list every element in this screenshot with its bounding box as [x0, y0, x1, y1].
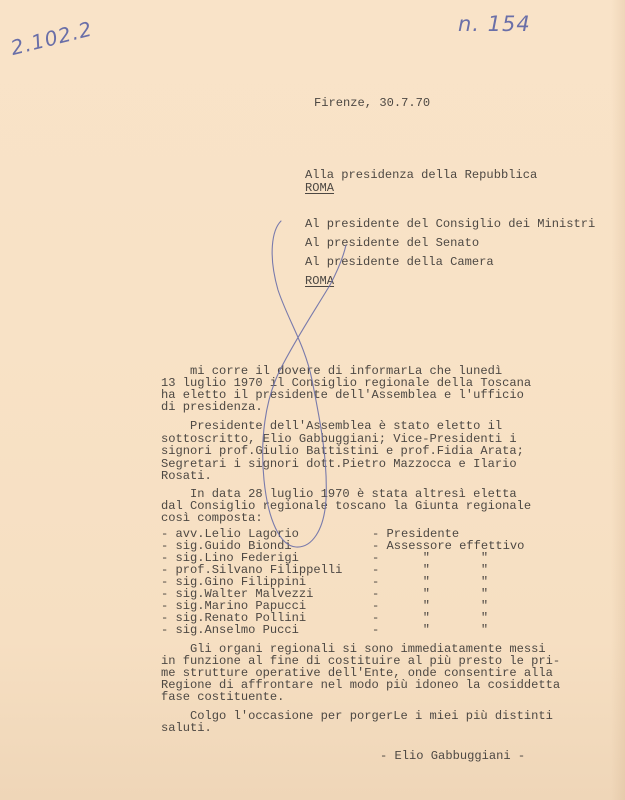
pen-loop-mark — [0, 0, 625, 800]
letter-page: 2.102.2 n. 154 Firenze, 30.7.70 Alla pre… — [0, 0, 625, 800]
